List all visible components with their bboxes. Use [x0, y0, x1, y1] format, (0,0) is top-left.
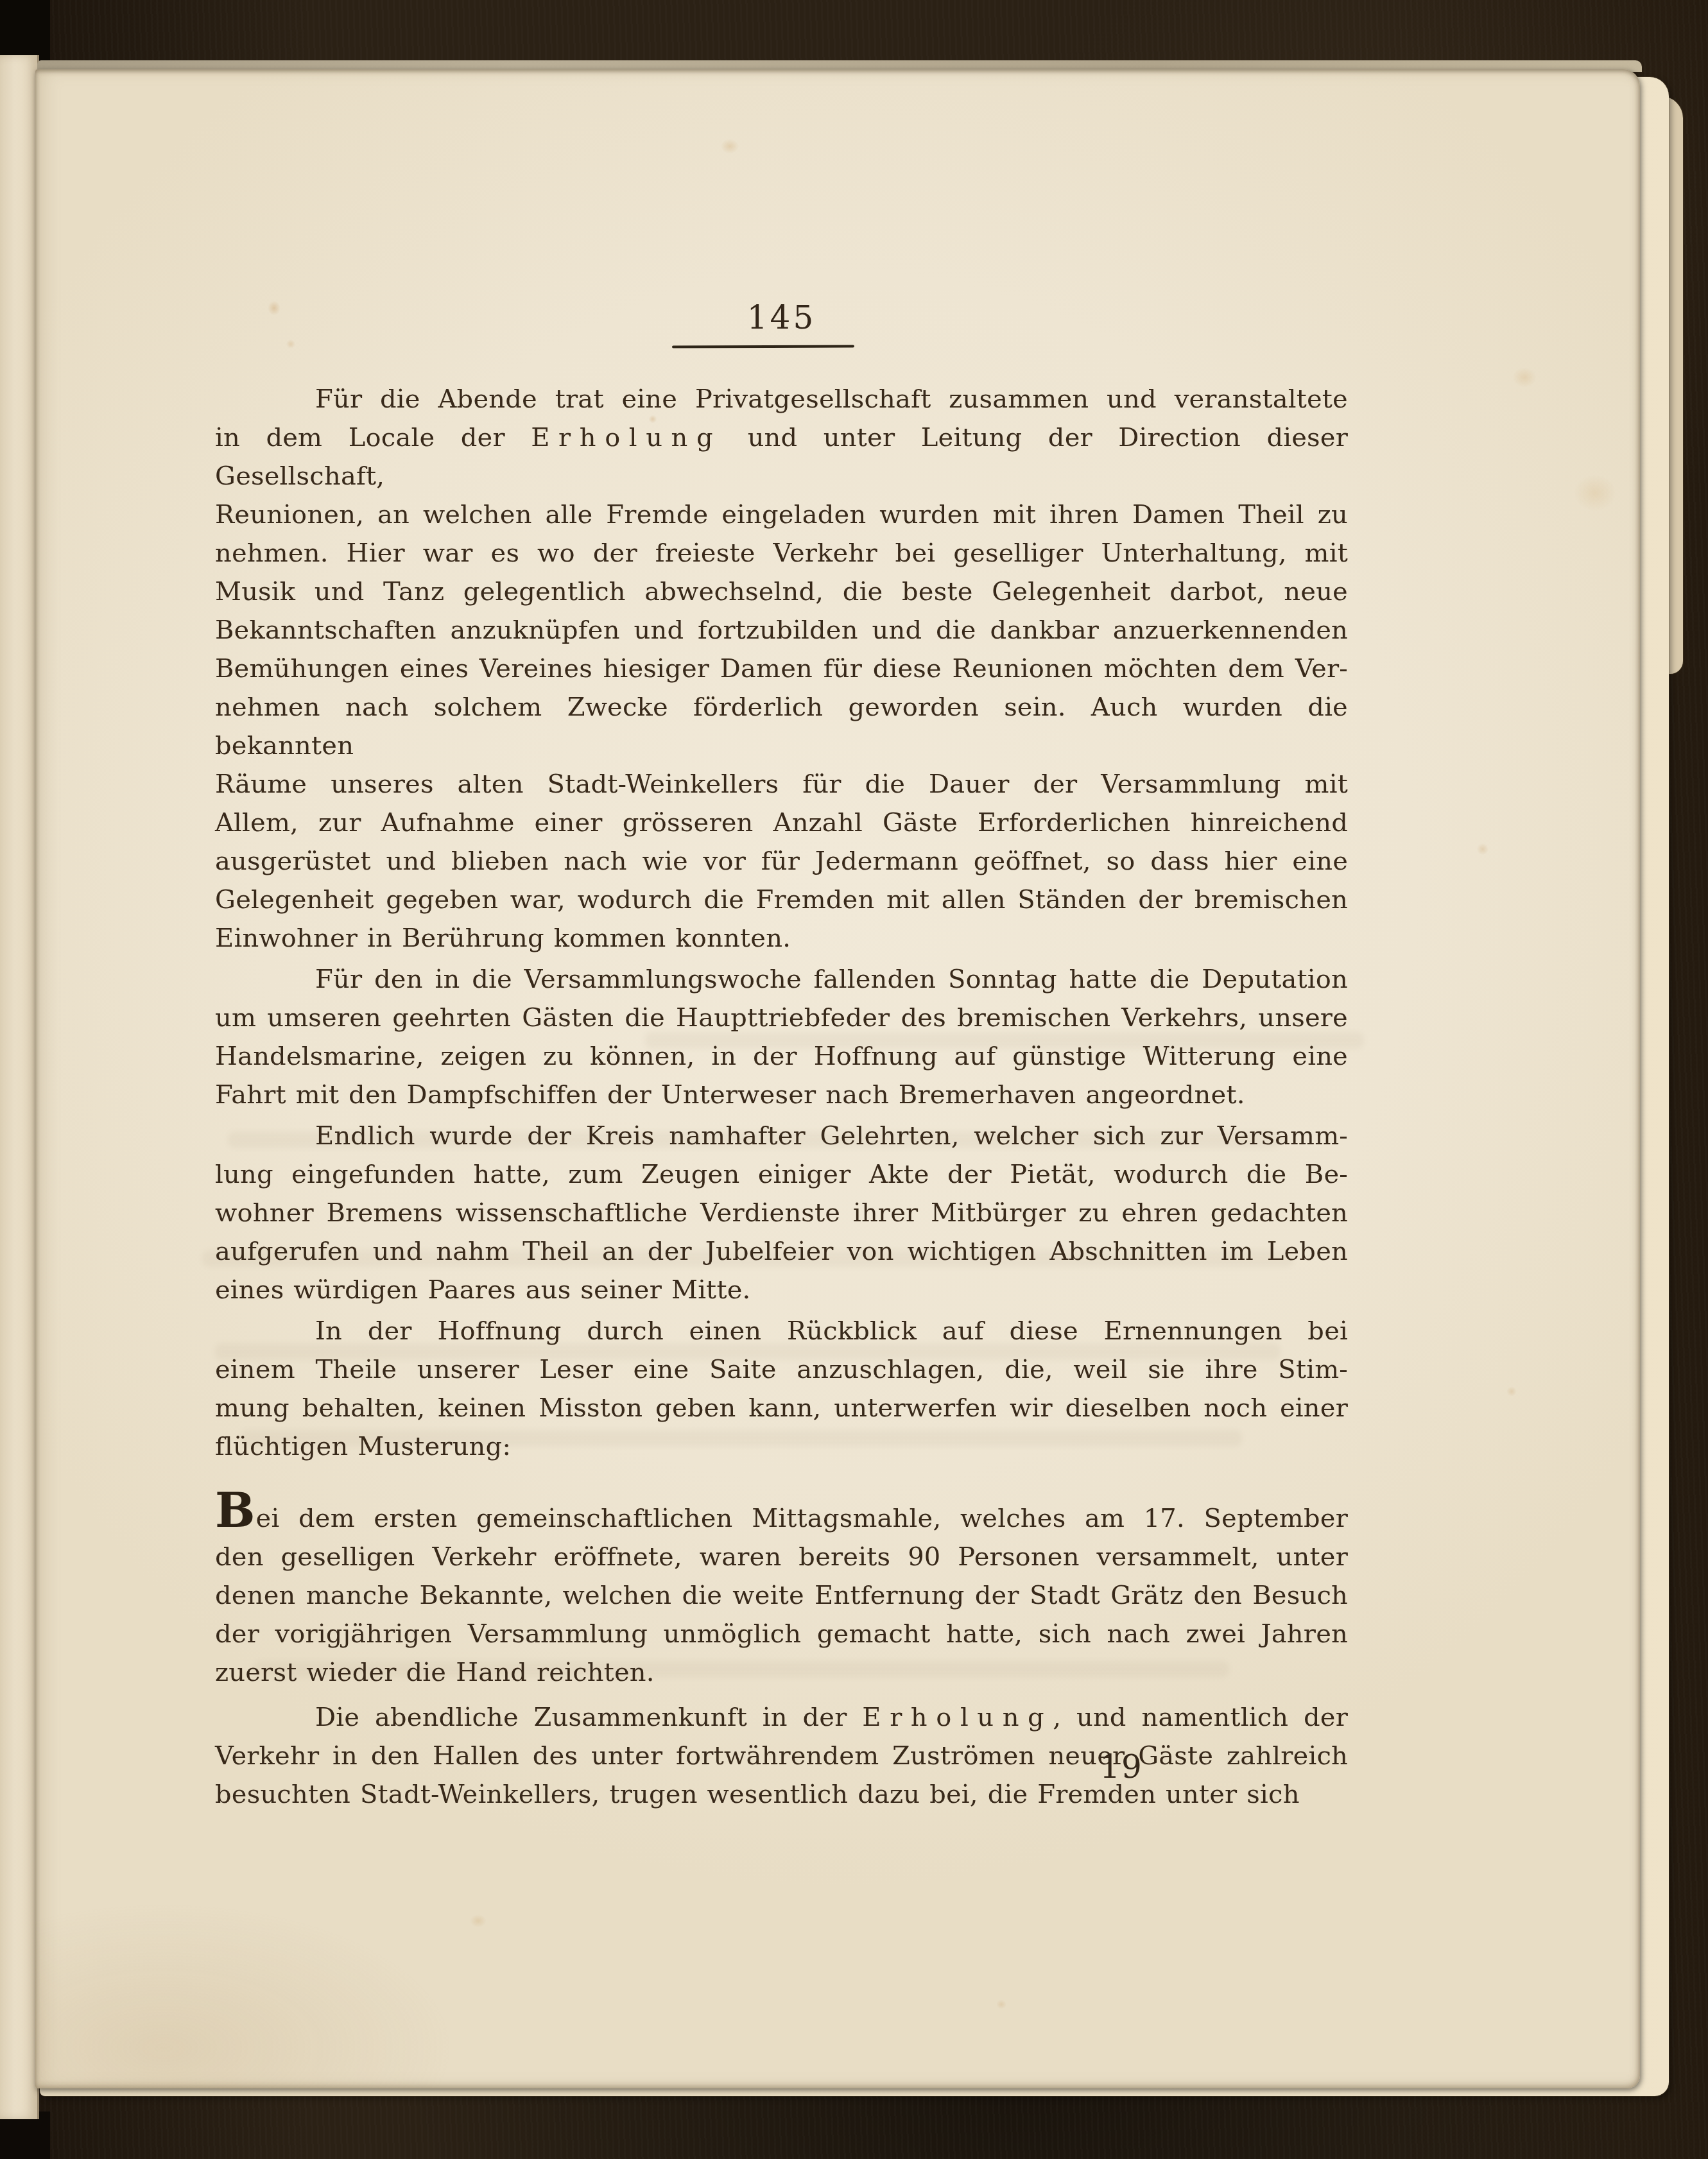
- text-line: mung behalten, keinen Misston geben kann…: [215, 1389, 1348, 1427]
- text-segment: , und namentlich der: [1053, 1703, 1348, 1732]
- text-line: Einwohner in Berührung kommen konnten.: [215, 919, 1348, 958]
- text-segment: aufgerufen und nahm Theil an der Jubelfe…: [215, 1237, 1348, 1266]
- text-line: zuerst wieder die Hand reichten.: [215, 1653, 1348, 1692]
- text-line: lung eingefunden hatte, zum Zeugen einig…: [215, 1155, 1348, 1194]
- text-line: Handelsmarine, zeigen zu können, in der …: [215, 1037, 1348, 1076]
- text-line: Reunionen, an welchen alle Fremde eingel…: [215, 495, 1348, 534]
- text-segment: ei dem ersten gemeinschaftlichen Mittags…: [256, 1504, 1348, 1533]
- text-segment: Allem, zur Aufnahme einer grösseren Anza…: [215, 808, 1348, 838]
- text-segment: einem Theile unserer Leser eine Saite an…: [215, 1355, 1348, 1384]
- text-segment: um umseren geehrten Gästen die Haupttrie…: [215, 1003, 1348, 1033]
- paragraph: Für die Abende trat eine Privatgesellsch…: [215, 380, 1348, 958]
- text-line: Für die Abende trat eine Privatgesellsch…: [215, 380, 1348, 418]
- left-page-edge-stack: [0, 55, 39, 2119]
- signature-mark: 19: [1057, 1748, 1186, 1785]
- text-line: nehmen nach solchem Zwecke förderlich ge…: [215, 688, 1348, 765]
- text-line: In der Hoffnung durch einen Rückblick au…: [215, 1312, 1348, 1350]
- text-line: Bei dem ersten gemeinschaftlichen Mittag…: [215, 1499, 1348, 1538]
- text-segment: wohner Bremens wissenschaftliche Verdien…: [215, 1198, 1348, 1228]
- text-segment: nehmen nach solchem Zwecke förderlich ge…: [215, 692, 1348, 761]
- text-segment: Für die Abende trat eine Privatgesellsch…: [315, 384, 1348, 414]
- text-segment: In der Hoffnung durch einen Rückblick au…: [315, 1316, 1348, 1346]
- text-line: Gelegenheit gegeben war, wodurch die Fre…: [215, 881, 1348, 919]
- dropcap-initial: B: [215, 1483, 256, 1538]
- text-segment: nehmen. Hier war es wo der freieste Verk…: [215, 538, 1348, 568]
- text-segment: zuerst wieder die Hand reichten.: [215, 1658, 655, 1687]
- text-segment: eines würdigen Paares aus seiner Mitte.: [215, 1275, 750, 1305]
- text-block: Für die Abende trat eine Privatgesellsch…: [215, 380, 1348, 1816]
- text-segment: Musik und Tanz gelegentlich abwechselnd,…: [215, 577, 1348, 606]
- text-segment: in dem Locale der: [215, 423, 531, 452]
- text-segment: lung eingefunden hatte, zum Zeugen einig…: [215, 1160, 1348, 1189]
- paragraph: In der Hoffnung durch einen Rückblick au…: [215, 1312, 1348, 1466]
- text-line: um umseren geehrten Gästen die Haupttrie…: [215, 999, 1348, 1037]
- text-line: Bekanntschaften anzuknüpfen und fortzubi…: [215, 611, 1348, 649]
- scanned-book-photo: { "colors": { "background": "#261d12", "…: [0, 0, 1708, 2159]
- book-page: 145 Für die Abende trat eine Privatgesel…: [35, 69, 1640, 2088]
- text-segment: Für den in die Versammlungswoche fallend…: [315, 965, 1348, 994]
- text-segment: der vorigjährigen Versammlung unmöglich …: [215, 1619, 1348, 1649]
- paragraph: Endlich wurde der Kreis namhafter Gelehr…: [215, 1117, 1348, 1309]
- text-line: wohner Bremens wissenschaftliche Verdien…: [215, 1194, 1348, 1232]
- text-segment: Endlich wurde der Kreis namhafter Gelehr…: [315, 1121, 1348, 1151]
- text-segment: Bekanntschaften anzuknüpfen und fortzubi…: [215, 615, 1348, 645]
- text-segment: Gelegenheit gegeben war, wodurch die Fre…: [215, 885, 1348, 915]
- text-line: flüchtigen Musterung:: [215, 1427, 1348, 1466]
- text-segment: den geselligen Verkehr eröffnete, waren …: [215, 1542, 1348, 1572]
- text-segment: mung behalten, keinen Misston geben kann…: [215, 1393, 1348, 1423]
- text-line: nehmen. Hier war es wo der freieste Verk…: [215, 534, 1348, 572]
- text-line: aufgerufen und nahm Theil an der Jubelfe…: [215, 1232, 1348, 1271]
- text-line: in dem Locale der Erholung und unter Lei…: [215, 418, 1348, 495]
- text-line: Für den in die Versammlungswoche fallend…: [215, 960, 1348, 999]
- text-line: Bemühungen eines Vereines hiesiger Damen…: [215, 649, 1348, 688]
- text-segment: Einwohner in Berührung kommen konnten.: [215, 924, 791, 953]
- folio-rule-divider: [672, 345, 854, 348]
- text-segment: Die abendliche Zusammenkunft in der: [315, 1703, 862, 1732]
- text-segment: Reunionen, an welchen alle Fremde eingel…: [215, 500, 1348, 529]
- text-line: der vorigjährigen Versammlung unmöglich …: [215, 1615, 1348, 1653]
- text-line: Die abendliche Zusammenkunft in der Erho…: [215, 1698, 1348, 1737]
- text-line: den geselligen Verkehr eröffnete, waren …: [215, 1538, 1348, 1576]
- text-line: Allem, zur Aufnahme einer grösseren Anza…: [215, 804, 1348, 842]
- text-line: ausgerüstet und blieben nach wie vor für…: [215, 842, 1348, 881]
- text-segment: flüchtigen Musterung:: [215, 1432, 511, 1461]
- text-line: eines würdigen Paares aus seiner Mitte.: [215, 1271, 1348, 1309]
- text-segment: Bemühungen eines Vereines hiesiger Damen…: [215, 654, 1348, 684]
- text-segment: Erholung: [862, 1703, 1053, 1732]
- text-segment: Erholung: [531, 423, 721, 452]
- text-segment: Handelsmarine, zeigen zu können, in der …: [215, 1042, 1348, 1071]
- paragraph: Bei dem ersten gemeinschaftlichen Mittag…: [215, 1499, 1348, 1692]
- text-segment: Fahrt mit den Dampfschiffen der Unterwes…: [215, 1080, 1245, 1110]
- text-line: Räume unseres alten Stadt-Weinkellers fü…: [215, 765, 1348, 804]
- text-line: Endlich wurde der Kreis namhafter Gelehr…: [215, 1117, 1348, 1155]
- text-segment: denen manche Bekannte, welchen die weite…: [215, 1581, 1348, 1610]
- text-line: denen manche Bekannte, welchen die weite…: [215, 1576, 1348, 1615]
- text-segment: Räume unseres alten Stadt-Weinkellers fü…: [215, 770, 1348, 799]
- text-line: Fahrt mit den Dampfschiffen der Unterwes…: [215, 1076, 1348, 1114]
- text-line: einem Theile unserer Leser eine Saite an…: [215, 1350, 1348, 1389]
- text-segment: ausgerüstet und blieben nach wie vor für…: [215, 847, 1348, 876]
- text-line: Musik und Tanz gelegentlich abwechselnd,…: [215, 572, 1348, 611]
- page-number: 145: [215, 299, 1348, 336]
- paragraph: Für den in die Versammlungswoche fallend…: [215, 960, 1348, 1114]
